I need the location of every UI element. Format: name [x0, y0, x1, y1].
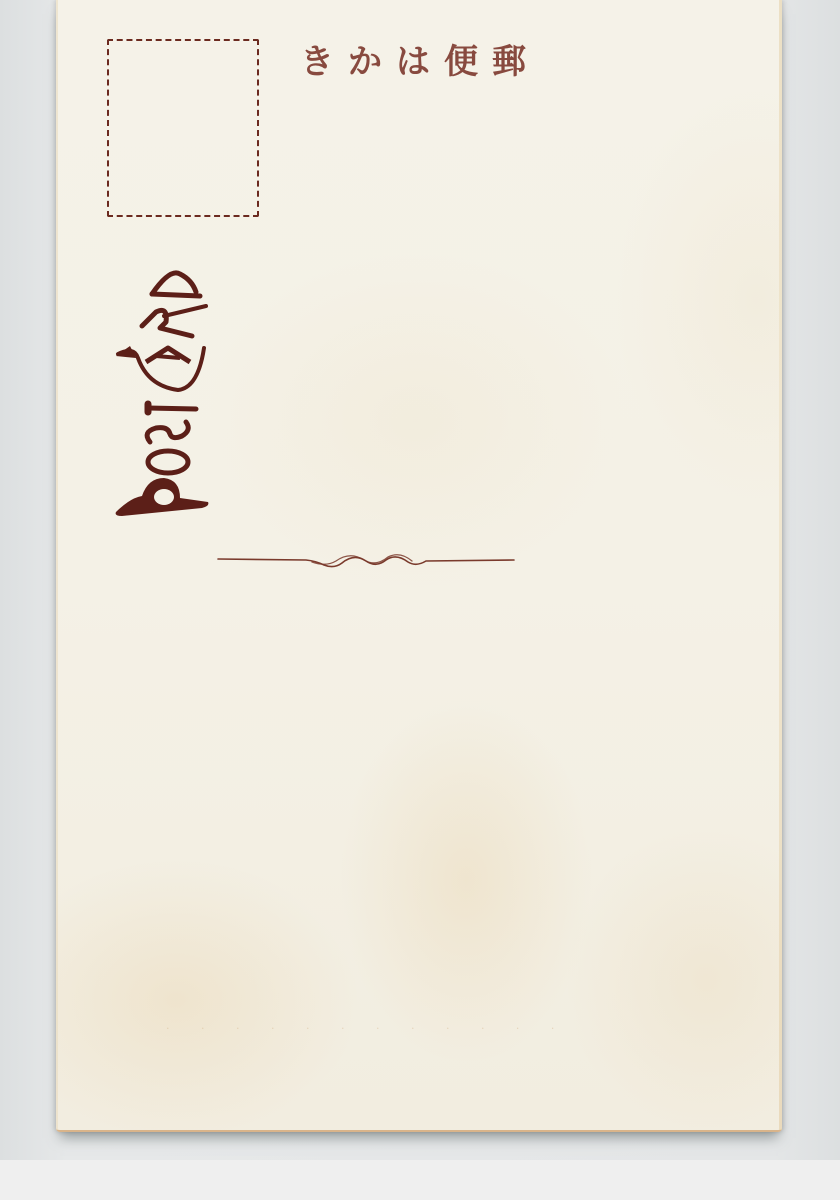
heading-char-4: 便 — [444, 34, 482, 83]
card-edge-right — [779, 0, 782, 1130]
heading-char-1: き — [300, 34, 338, 83]
heading-char-3: は — [396, 34, 434, 83]
wavy-divider — [216, 545, 516, 575]
stamp-box — [107, 39, 259, 217]
postcard-heading: き か は 便 郵 — [300, 36, 530, 80]
post-card-logo — [112, 266, 212, 521]
postcard-back: き か は 便 郵 — [56, 0, 782, 1132]
heading-char-2: か — [348, 34, 386, 83]
bottom-strip — [0, 1160, 840, 1200]
heading-char-5: 郵 — [492, 34, 530, 83]
card-edge-left — [56, 0, 58, 1130]
faint-imprint: · · · · · · · · · · · · — [166, 1022, 666, 1036]
